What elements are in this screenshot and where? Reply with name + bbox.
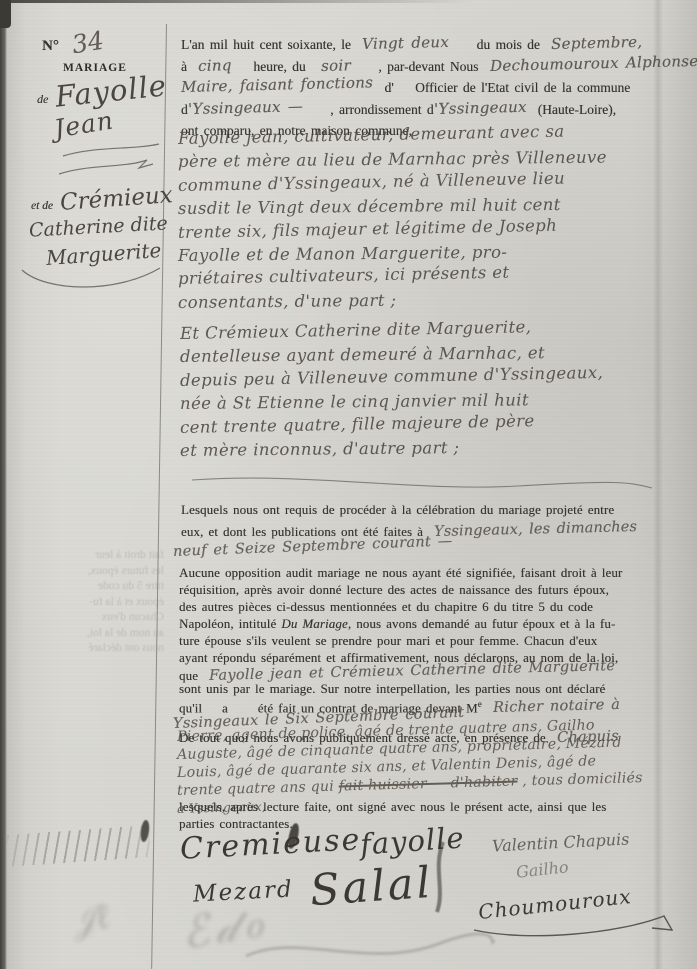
opening-handwritten-officer-title: Maire, faisant fonctions: [181, 72, 374, 98]
opening-handwritten-officer-name: Dechoumouroux Alphonse: [490, 50, 697, 77]
signature-officer-flourish: [468, 908, 683, 944]
ceremony-print: ture épouse s'ils veulent se prendre pou…: [179, 634, 679, 651]
opening-print: , par-devant Nous: [378, 59, 478, 74]
ceremony-handwritten-notary: Richer notaire à: [493, 697, 620, 716]
bleed-line: époux et à la fu-: [48, 595, 164, 611]
ceremony-print: des autres pièces ci-dessus mentionnées …: [179, 600, 679, 617]
groom-paragraph: Fayolle jean, cultivateur, demeurant ave…: [178, 127, 683, 314]
act-number-value: 34: [70, 26, 106, 60]
bleedthrough-dark-stroke: [415, 838, 475, 918]
opening-handwritten-arrondissement: 'Yssingeaux: [433, 96, 526, 120]
ceremony-print: que: [179, 669, 198, 683]
ceremony-print: nous avons demandé au futur époux et à l…: [356, 617, 615, 631]
ceremony-print: Aucune opposition audit mariage ne nous …: [179, 566, 679, 583]
opening-print: (Haute-Loire),: [538, 102, 616, 117]
opening-print: d: [181, 102, 188, 117]
top-left-corner-mark: [0, 0, 11, 28]
bleed-line: les futurs époux,: [48, 564, 164, 580]
top-edge-shadow: [0, 0, 470, 3]
opening-print: à: [181, 59, 187, 74]
divider-flourish: [188, 470, 658, 496]
ceremony-print: réquisition, après avoir donné lecture d…: [179, 583, 679, 600]
opening-print: , arrondissement d: [330, 102, 433, 117]
opening-print: L'an mil huit cent soixante, le: [181, 37, 351, 52]
margin-alias-underline-flourish: [16, 264, 166, 298]
publication-paragraph: Lesquels nous ont requis de procéder à l…: [181, 503, 681, 565]
margin-bride-surname: Crémieux: [59, 182, 173, 216]
margin-bride-given: Catherine dite: [29, 212, 169, 241]
bleedthrough-text-block: fait droit à leur les futurs époux, titr…: [48, 548, 164, 657]
bleed-line: nous ont déclaré: [48, 641, 164, 657]
bleed-line: titre 5 du code: [48, 579, 164, 595]
binding-edge: [0, 0, 7, 969]
opening-handwritten-commune: 'Yssingeaux —: [187, 96, 303, 120]
act-number-label: N°: [42, 38, 59, 55]
opening-handwritten-hour: cinq: [198, 55, 232, 77]
bleedthrough-smudge-curve: [238, 926, 498, 969]
opening-handwritten-day: Vingt deux: [362, 32, 450, 56]
ceremony-print-du-mariage: Du Mariage,: [281, 617, 351, 631]
bleedthrough-smudge-script: 𝒥ℓ: [68, 896, 114, 944]
signature-witness-gailho: Gailho: [515, 857, 569, 881]
opening-print: heure, du: [253, 59, 305, 74]
margin-de-label: de: [37, 92, 48, 107]
bleed-line: Chacun d'eux: [48, 610, 164, 626]
bride-line: et mère inconnus, d'autre part ;: [180, 434, 685, 463]
opening-print: d': [385, 80, 394, 95]
opening-print: du mois de: [477, 37, 540, 52]
opening-print: Officier de l'Etat civil de la commune: [415, 80, 630, 95]
margin-flourish: [55, 142, 165, 180]
ceremony-print-superscript: e: [478, 699, 482, 709]
bleedthrough-stroke-marks: [7, 825, 151, 867]
marriage-register-scan: N° 34 MARIAGE de Fayolle Jean et de Crém…: [0, 0, 697, 969]
bleed-line: fait droit à leur: [48, 548, 164, 564]
bride-paragraph: Et Crémieux Catherine dite Marguerite, d…: [180, 322, 685, 462]
witness-line-part: , tous domiciliés: [522, 770, 643, 789]
groom-line: consentants, d'une part ;: [178, 286, 683, 315]
closing-print: lesquels, après lecture faite, ont signé…: [179, 800, 679, 817]
ceremony-print: Napoléon, intitulé: [179, 617, 276, 631]
bleed-line: au nom de la loi,: [48, 626, 164, 642]
margin-et-de-label: et de: [31, 200, 53, 212]
